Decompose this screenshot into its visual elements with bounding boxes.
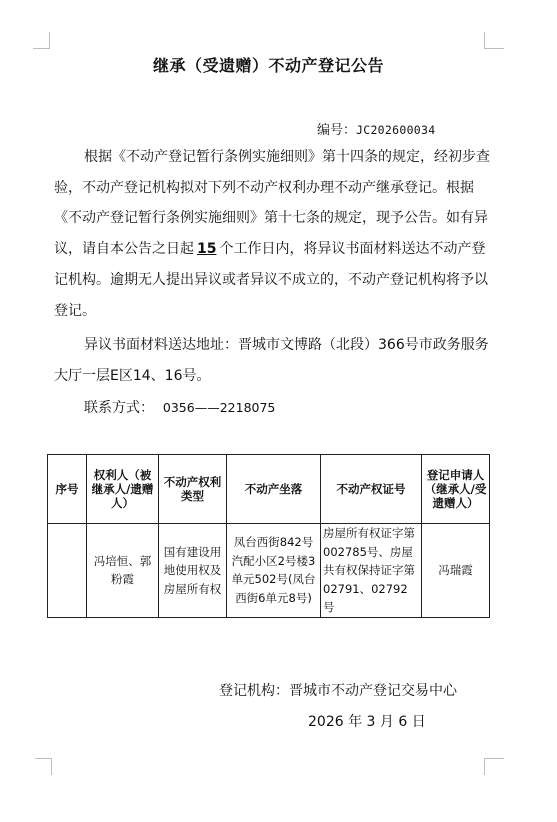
document-number-value: JC202600034 <box>356 123 435 137</box>
cell-index <box>48 524 87 618</box>
header-applicant: 登记申请人（继承人/受遗赠人） <box>422 455 490 524</box>
header-right-type: 不动产权利类型 <box>159 455 227 524</box>
document-number: 编号：JC202600034 <box>317 119 435 138</box>
header-index: 序号 <box>48 455 87 524</box>
cell-right-holder: 冯培恒、郭粉霞 <box>87 524 159 618</box>
cell-location: 凤台西街842号汽配小区2号楼3单元502号(凤台西街6单元8号) <box>227 524 321 618</box>
notice-date: 2026 年 3 月 6 日 <box>308 711 426 731</box>
contact-phone: 0356——2218075 <box>163 400 275 415</box>
document-number-label: 编号： <box>317 123 356 138</box>
address-paragraph: 异议书面材料送达地址：晋城市文博路（北段）366号市政务服务大厅一层E区14、1… <box>54 330 499 391</box>
cell-certificate-no: 房屋所有权证字第002785号、房屋共有权保持证字第02791、02792号 <box>321 524 422 618</box>
address-label: 异议书面材料送达地址： <box>84 337 238 353</box>
contact-paragraph: 联系方式： 0356——2218075 <box>54 393 499 424</box>
header-location: 不动产坐落 <box>227 455 321 524</box>
table-row: 冯培恒、郭粉霞 国有建设用地使用权及房屋所有权 凤台西街842号汽配小区2号楼3… <box>48 524 490 618</box>
header-right-holder: 权利人（被继承人/遗赠人） <box>87 455 159 524</box>
page-corner-mark-bottom-right <box>484 758 504 775</box>
registration-table: 序号 权利人（被继承人/遗赠人） 不动产权利类型 不动产坐落 不动产权证号 登记… <box>47 454 490 618</box>
header-certificate-no: 不动产权证号 <box>321 455 422 524</box>
objection-days: 15 <box>194 241 219 257</box>
cell-applicant: 冯瑞霞 <box>422 524 490 618</box>
page-corner-mark-top-left <box>33 32 50 49</box>
page-corner-mark-top-right <box>484 32 504 49</box>
page-corner-mark-bottom-left <box>35 758 52 775</box>
document-title: 继承（受遗赠）不动产登记公告 <box>0 53 537 76</box>
cell-right-type: 国有建设用地使用权及房屋所有权 <box>159 524 227 618</box>
notice-paragraph: 根据《不动产登记暂行条例实施细则》第十四条的规定，经初步查验，不动产登记机构拟对… <box>54 142 499 326</box>
contact-label: 联系方式： <box>84 400 154 416</box>
table-header-row: 序号 权利人（被继承人/遗赠人） 不动产权利类型 不动产坐落 不动产权证号 登记… <box>48 455 490 524</box>
registration-authority-signature: 登记机构：晋城市不动产登记交易中心 <box>219 680 457 700</box>
